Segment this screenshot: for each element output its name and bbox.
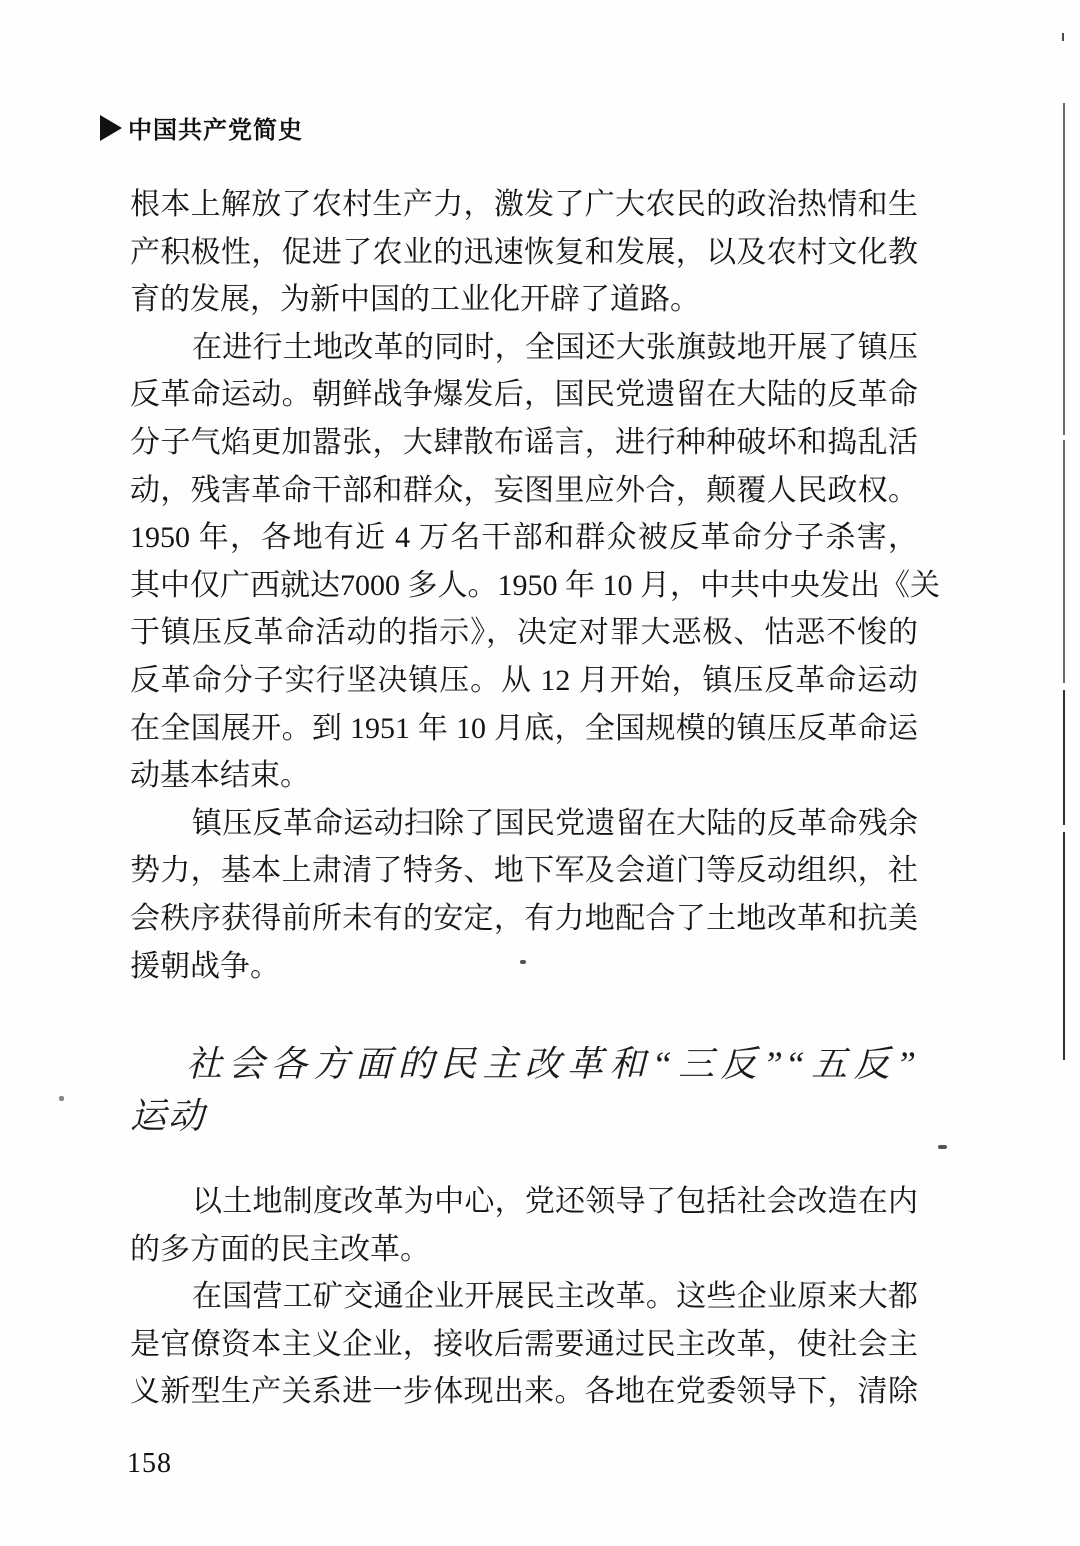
text-line: 在全国展开。到 1951 年 10 月底，全国规模的镇压反革命运 [130, 705, 918, 753]
text-line: 反革命分子实行坚决镇压。从 12 月开始，镇压反革命运动 [130, 657, 918, 705]
triangle-bullet-icon [100, 115, 122, 141]
text-line: 在进行土地改革的同时，全国还大张旗鼓地开展了镇压 [130, 324, 918, 372]
scan-artifact-line [1063, 103, 1065, 435]
text-line: 反革命运动。朝鲜战争爆发后，国民党遗留在大陆的反革命 [130, 371, 918, 419]
text-line: 其中仅广西就达7000 多人。1950 年 10 月，中共中央发出《关 [130, 562, 918, 610]
scan-artifact-line [1063, 440, 1065, 683]
section-heading-line: 社会各方面的民主改革和“三反”“五反” [130, 1038, 918, 1090]
text-line: 分子气焰更加嚣张，大肆散布谣言，进行种种破坏和捣乱活 [130, 419, 918, 467]
scan-artifact-speck [938, 1145, 947, 1149]
text-line: 是官僚资本主义企业，接收后需要通过民主改革，使社会主 [130, 1321, 918, 1369]
text-line: 产积极性，促进了农业的迅速恢复和发展，以及农村文化教 [130, 229, 918, 277]
running-head: 中国共产党简史 [100, 110, 303, 145]
body-text-upper: 根本上解放了农村生产力，激发了广大农民的政治热情和生 产积极性，促进了农业的迅速… [130, 181, 918, 990]
text-line: 以土地制度改革为中心，党还领导了包括社会改造在内 [130, 1178, 918, 1226]
text-line: 于镇压反革命活动的指示》，决定对罪大恶极、怙恶不悛的 [130, 609, 918, 657]
book-page: 中国共产党简史 根本上解放了农村生产力，激发了广大农民的政治热情和生 产积极性，… [0, 0, 1080, 1546]
body-text-lower: 以土地制度改革为中心，党还领导了包括社会改造在内 的多方面的民主改革。 在国营工… [130, 1178, 918, 1416]
section-heading: 社会各方面的民主改革和“三反”“五反” 运动 [130, 1038, 918, 1142]
text-line: 动基本结束。 [130, 752, 918, 800]
scan-artifact-line [1063, 832, 1065, 1060]
text-line: 在国营工矿交通企业开展民主改革。这些企业原来大都 [130, 1273, 918, 1321]
section-heading-line: 运动 [130, 1090, 918, 1142]
text-line: 动，残害革命干部和群众，妄图里应外合，颠覆人民政权。 [130, 467, 918, 515]
text-line: 1950 年，各地有近 4 万名干部和群众被反革命分子杀害， [130, 514, 918, 562]
scan-artifact-speck [520, 960, 526, 964]
book-title: 中国共产党简史 [128, 110, 303, 145]
text-line: 根本上解放了农村生产力，激发了广大农民的政治热情和生 [130, 181, 918, 229]
text-line: 的多方面的民主改革。 [130, 1226, 918, 1274]
text-line: 镇压反革命运动扫除了国民党遗留在大陆的反革命残余 [130, 800, 918, 848]
page-number: 158 [127, 1448, 172, 1480]
scan-artifact-line [1063, 690, 1065, 825]
text-line: 义新型生产关系进一步体现出来。各地在党委领导下，清除 [130, 1368, 918, 1416]
scan-artifact-line [1062, 33, 1064, 41]
text-line: 育的发展，为新中国的工业化开辟了道路。 [130, 276, 918, 324]
text-line: 援朝战争。 [130, 943, 918, 991]
scan-artifact-speck [59, 1096, 64, 1101]
text-line: 势力，基本上肃清了特务、地下军及会道门等反动组织，社 [130, 847, 918, 895]
text-line: 会秩序获得前所未有的安定，有力地配合了土地改革和抗美 [130, 895, 918, 943]
